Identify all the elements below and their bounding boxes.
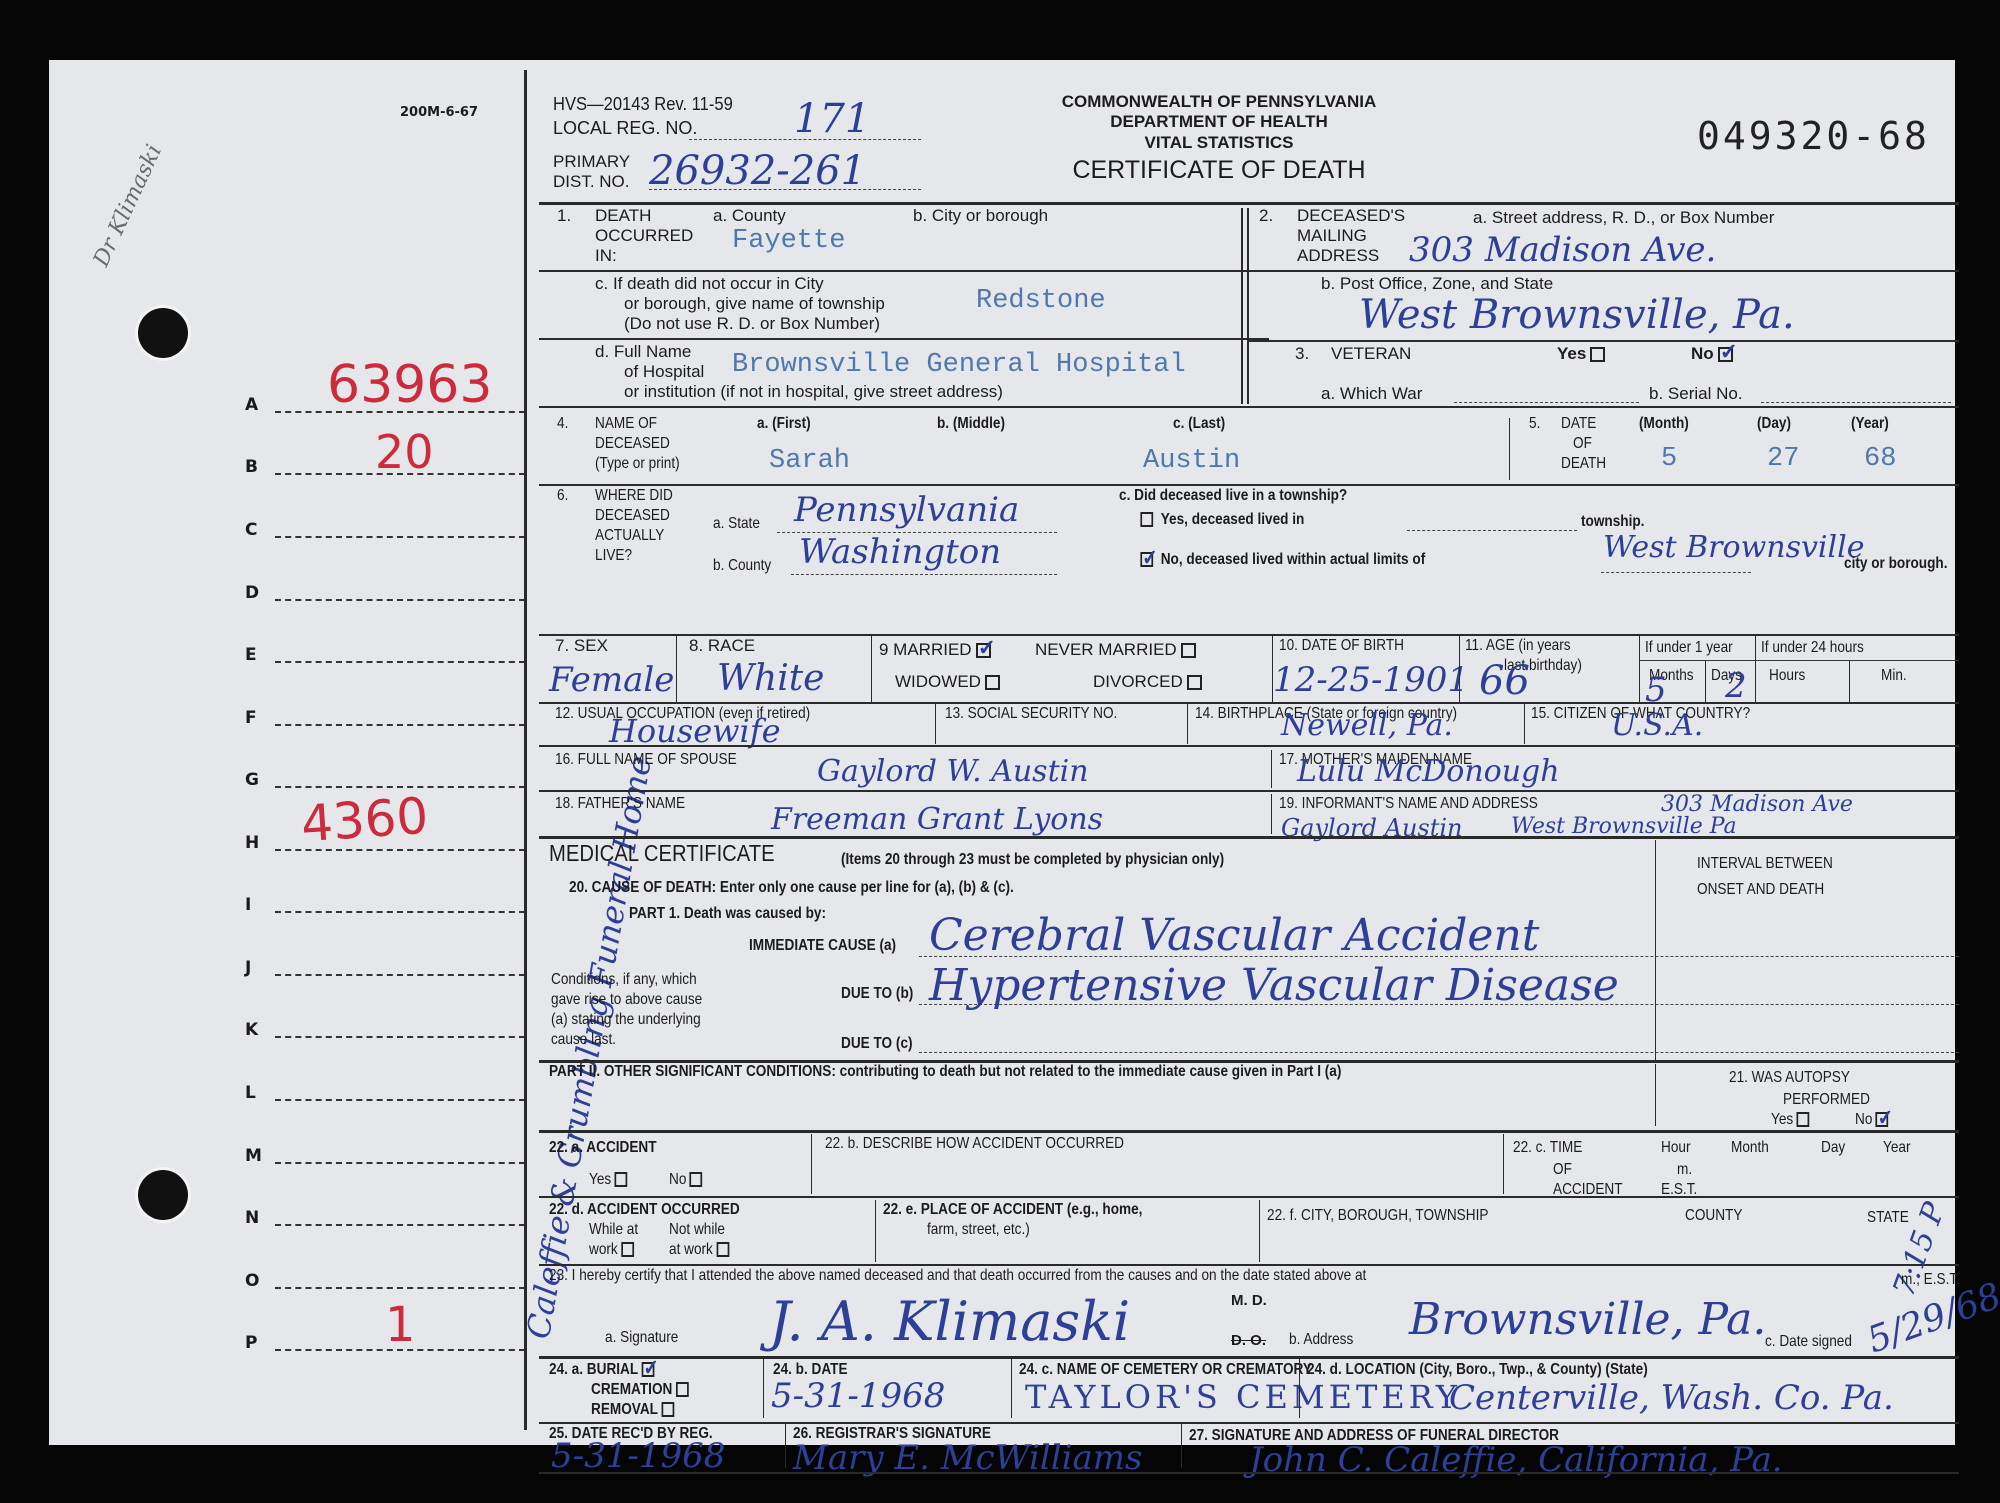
physician-address-field[interactable]: Brownsville, Pa. [1409, 1294, 1766, 1345]
township-yes[interactable]: Yes, deceased lived in [1137, 510, 1304, 530]
accident-yes-checkbox[interactable] [615, 1172, 628, 1187]
citizenship-field[interactable]: U.S.A. [1611, 708, 1703, 743]
cremation-checkbox[interactable] [676, 1382, 689, 1397]
death-month-field[interactable]: 5 [1661, 444, 1677, 474]
index-row-b: B20 [245, 449, 525, 479]
age-field[interactable]: 66 [1479, 658, 1530, 704]
never-married-option[interactable]: NEVER MARRIED [1035, 640, 1196, 660]
death-township-field[interactable]: Redstone [976, 286, 1106, 316]
cemetery-location-field[interactable]: Centerville, Wash. Co. Pa. [1449, 1378, 1894, 1418]
mailing-street-field[interactable]: 303 Madison Ave. [1409, 230, 1716, 270]
pencil-note: Dr Klimaski [89, 133, 171, 270]
divorced-option[interactable]: DIVORCED [1093, 672, 1202, 692]
first-name-field[interactable]: Sarah [769, 446, 850, 476]
married-option[interactable]: 9 MARRIED [879, 640, 991, 660]
hospital-name-field[interactable]: Brownsville General Hospital [732, 350, 1186, 380]
removal-option[interactable]: REMOVAL [591, 1400, 674, 1420]
due-to-b-field[interactable]: Hypertensive Vascular Disease [929, 960, 1619, 1011]
immediate-cause-field[interactable]: Cerebral Vascular Accident [929, 910, 1539, 961]
index-row-n: N [245, 1200, 525, 1230]
spouse-name-field[interactable]: Gaylord W. Austin [817, 754, 1089, 789]
form-number: HVS—20143 Rev. 11-59 [553, 94, 733, 116]
death-year-field[interactable]: 68 [1864, 444, 1896, 474]
index-row-e: E [245, 637, 525, 667]
days-field[interactable]: 2 [1725, 666, 1747, 706]
autopsy-no[interactable]: No [1855, 1110, 1889, 1130]
veteran-yes[interactable]: Yes [1557, 344, 1605, 364]
mailing-post-office-field[interactable]: West Brownsville, Pa. [1359, 292, 1795, 338]
date-received-field[interactable]: 5-31-1968 [551, 1436, 725, 1476]
punch-hole-top [138, 308, 188, 358]
primary-dist-value: 26932-261 [649, 148, 866, 194]
widowed-option[interactable]: WIDOWED [895, 672, 1000, 692]
index-value-a: 63963 [327, 355, 492, 415]
township-no[interactable]: No, deceased lived within actual limits … [1137, 550, 1425, 570]
index-row-d: D [245, 575, 525, 605]
index-row-f: F [245, 700, 525, 730]
index-row-i: I [245, 887, 525, 917]
index-row-c: C [245, 512, 525, 542]
accident-yes[interactable]: Yes [589, 1170, 627, 1190]
certificate-number: 049320-68 [1697, 114, 1930, 158]
sex-field[interactable]: Female [549, 660, 674, 700]
funeral-director-field[interactable]: John C. Caleffie, California, Pa. [1249, 1440, 1783, 1480]
divorced-checkbox[interactable] [1187, 675, 1202, 690]
index-row-a: A63963 [245, 387, 525, 417]
physician-signature-field[interactable]: J. A. Klimaski [769, 1290, 1130, 1353]
father-name-field[interactable]: Freeman Grant Lyons [771, 802, 1103, 837]
death-certificate-page: Dr Klimaski 200M-6-67 A63963 B20 C D E F… [49, 60, 1955, 1445]
removal-checkbox[interactable] [661, 1402, 674, 1417]
dist-no-label: DIST. NO. [553, 172, 630, 192]
township-yes-checkbox[interactable] [1140, 512, 1153, 527]
primary-dist-label: PRIMARY [553, 152, 630, 172]
veteran-no-checkbox[interactable] [1718, 347, 1733, 362]
autopsy-yes[interactable]: Yes [1771, 1110, 1809, 1130]
index-row-h: H4360 [245, 825, 525, 855]
autopsy-yes-checkbox[interactable] [1797, 1112, 1810, 1127]
widowed-checkbox[interactable] [985, 675, 1000, 690]
last-name-field[interactable]: Austin [1143, 446, 1240, 476]
cremation-option[interactable]: CREMATION [591, 1380, 688, 1400]
race-field[interactable]: White [717, 658, 824, 699]
burial-date-field[interactable]: 5-31-1968 [771, 1376, 945, 1416]
autopsy-no-checkbox[interactable] [1876, 1112, 1889, 1127]
never-married-checkbox[interactable] [1181, 643, 1196, 658]
birth-date-field[interactable]: 12-25-1901 [1273, 660, 1469, 700]
local-reg-value: 171 [794, 96, 870, 142]
accident-no[interactable]: No [669, 1170, 703, 1190]
birthplace-field[interactable]: Newell, Pa. [1281, 708, 1453, 743]
agency-header: COMMONWEALTH OF PENNSYLVANIA DEPARTMENT … [1009, 92, 1429, 185]
not-at-work-checkbox[interactable] [716, 1242, 729, 1257]
punch-hole-bottom [138, 1170, 188, 1220]
burial-checkbox[interactable] [642, 1362, 655, 1377]
certificate-title: CERTIFICATE OF DEATH [1009, 155, 1429, 185]
index-row-k: K [245, 1012, 525, 1042]
index-value-b: 20 [375, 425, 434, 479]
index-row-l: L [245, 1075, 525, 1105]
residence-state-field[interactable]: Pennsylvania [794, 490, 1019, 530]
death-county-field[interactable]: Fayette [732, 226, 845, 256]
accident-no-checkbox[interactable] [690, 1172, 703, 1187]
index-value-h: 4360 [299, 787, 430, 854]
index-row-g: G [245, 762, 525, 792]
cemetery-name-field[interactable]: TAYLOR'S CEMETERY [1025, 1378, 1461, 1416]
mother-maiden-name-field[interactable]: Lulu McDonough [1297, 754, 1560, 789]
township-no-checkbox[interactable] [1140, 552, 1153, 567]
veteran-no[interactable]: No [1691, 344, 1733, 364]
local-reg-label: LOCAL REG. NO. [553, 118, 697, 140]
not-at-work[interactable]: at work [669, 1240, 729, 1260]
index-value-p: 1 [385, 1297, 416, 1353]
while-at-work-checkbox[interactable] [621, 1242, 634, 1257]
index-row-m: M [245, 1138, 525, 1168]
residence-county-field[interactable]: Washington [799, 532, 1001, 572]
index-row-o: O [245, 1263, 525, 1293]
while-at-work[interactable]: work [589, 1240, 634, 1260]
form-code: 200M-6-67 [400, 105, 478, 121]
margin-divider [524, 70, 527, 1430]
index-row-p: P1 [245, 1325, 525, 1355]
residence-city-field[interactable]: West Brownsville [1603, 530, 1864, 565]
married-checkbox[interactable] [976, 643, 991, 658]
death-day-field[interactable]: 27 [1767, 444, 1799, 474]
index-row-j: J [245, 950, 525, 980]
burial-option[interactable]: 24. a. BURIAL [549, 1360, 654, 1380]
medical-certificate-title: MEDICAL CERTIFICATE [549, 840, 775, 868]
veteran-yes-checkbox[interactable] [1590, 347, 1605, 362]
